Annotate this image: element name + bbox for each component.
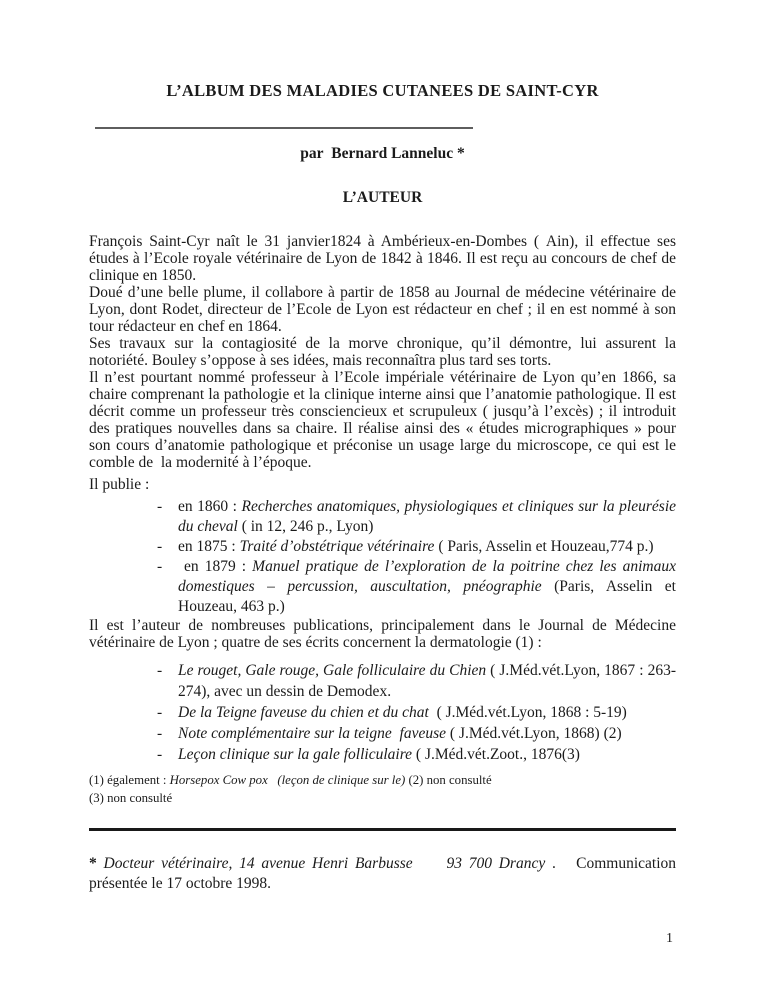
- publication-title: De la Teigne faveuse du chien et du chat: [178, 704, 429, 721]
- footer-divider-rule: [89, 828, 676, 831]
- document-title: L’ALBUM DES MALADIES CUTANEES DE SAINT-C…: [89, 82, 676, 100]
- list-dash: -: [157, 660, 178, 702]
- list-dash: -: [157, 557, 178, 617]
- dermatology-publication-item: - Note complémentaire sur la teigne fave…: [157, 723, 676, 744]
- biography-paragraph-1: François Saint-Cyr naît le 31 janvier182…: [89, 233, 676, 284]
- dermatology-publication-item: - Le rouget, Gale rouge, Gale folliculai…: [157, 660, 676, 702]
- publication-year: en 1875 :: [178, 538, 240, 555]
- publication-ref: ( J.Méd.vét.Lyon, 1868 : 5-19): [429, 704, 627, 721]
- publications-intro: Il publie :: [89, 476, 676, 493]
- publication-text: en 1875 : Traité d’obstétrique vétérinai…: [178, 537, 676, 557]
- title-underline-rule: [95, 127, 473, 129]
- list-dash: -: [157, 723, 178, 744]
- biography-paragraphs: François Saint-Cyr naît le 31 janvier182…: [89, 233, 676, 471]
- publication-title: Leçon clinique sur la gale folliculaire: [178, 746, 412, 763]
- publication-year: en 1860 :: [178, 498, 242, 515]
- publication-text: Note complémentaire sur la teigne faveus…: [178, 723, 676, 744]
- footnote-1-suffix: (2) non consulté: [405, 773, 491, 787]
- footnote-1: (1) également : Horsepox Cow pox (leçon …: [89, 772, 676, 790]
- author-byline: par Bernard Lanneluc *: [89, 145, 676, 162]
- biography-paragraph-4: Il n’est pourtant nommé professeur à l’E…: [89, 369, 676, 471]
- publication-text: Le rouget, Gale rouge, Gale folliculaire…: [178, 660, 676, 702]
- page-number: 1: [666, 930, 673, 947]
- document-page: L’ALBUM DES MALADIES CUTANEES DE SAINT-C…: [0, 0, 768, 894]
- publication-item: - en 1875 : Traité d’obstétrique vétérin…: [157, 537, 676, 557]
- publication-title: Note complémentaire sur la teigne faveus…: [178, 725, 446, 742]
- list-dash: -: [157, 744, 178, 765]
- list-dash: -: [157, 537, 178, 557]
- footnote-1-italic: Horsepox Cow pox (leçon de clinique sur …: [170, 773, 406, 787]
- footer-address: Docteur vétérinaire, 14 avenue Henri Bar…: [104, 855, 546, 872]
- biography-paragraph-2: Doué d’une belle plume, il collabore à p…: [89, 284, 676, 335]
- dermatology-publications-list: - Le rouget, Gale rouge, Gale folliculai…: [89, 660, 676, 765]
- dermatology-intro: Il est l’auteur de nombreuses publicatio…: [89, 617, 676, 651]
- footer-asterisk: *: [89, 855, 104, 872]
- publication-ref: ( Paris, Asselin et Houzeau,774 p.): [434, 538, 653, 555]
- footnotes-block: (1) également : Horsepox Cow pox (leçon …: [89, 772, 676, 807]
- list-dash: -: [157, 702, 178, 723]
- dermatology-publication-item: - Leçon clinique sur la gale folliculair…: [157, 744, 676, 765]
- section-heading-auteur: L’AUTEUR: [89, 189, 676, 206]
- dermatology-publication-item: - De la Teigne faveuse du chien et du ch…: [157, 702, 676, 723]
- publication-text: en 1879 : Manuel pratique de l’explorati…: [178, 557, 676, 617]
- publication-ref: ( J.Méd.vét.Lyon, 1868) (2): [446, 725, 622, 742]
- footnote-3: (3) non consulté: [89, 790, 676, 808]
- footnote-1-prefix: (1) également :: [89, 773, 170, 787]
- publication-text: De la Teigne faveuse du chien et du chat…: [178, 702, 676, 723]
- author-footer-note: * Docteur vétérinaire, 14 avenue Henri B…: [89, 854, 676, 894]
- publication-item: - en 1860 : Recherches anatomiques, phys…: [157, 497, 676, 537]
- publication-title: Traité d’obstétrique vétérinaire: [240, 538, 435, 555]
- publication-ref: ( in 12, 246 p., Lyon): [238, 518, 374, 535]
- publication-text: Leçon clinique sur la gale folliculaire …: [178, 744, 676, 765]
- publication-item: - en 1879 : Manuel pratique de l’explora…: [157, 557, 676, 617]
- publication-text: en 1860 : Recherches anatomiques, physio…: [178, 497, 676, 537]
- list-dash: -: [157, 497, 178, 537]
- publications-list: - en 1860 : Recherches anatomiques, phys…: [89, 497, 676, 617]
- publication-ref: ( J.Méd.vét.Zoot., 1876(3): [412, 746, 580, 763]
- publication-year: en 1879 :: [178, 558, 252, 575]
- biography-paragraph-3: Ses travaux sur la contagiosité de la mo…: [89, 335, 676, 369]
- publication-title: Le rouget, Gale rouge, Gale folliculaire…: [178, 662, 486, 679]
